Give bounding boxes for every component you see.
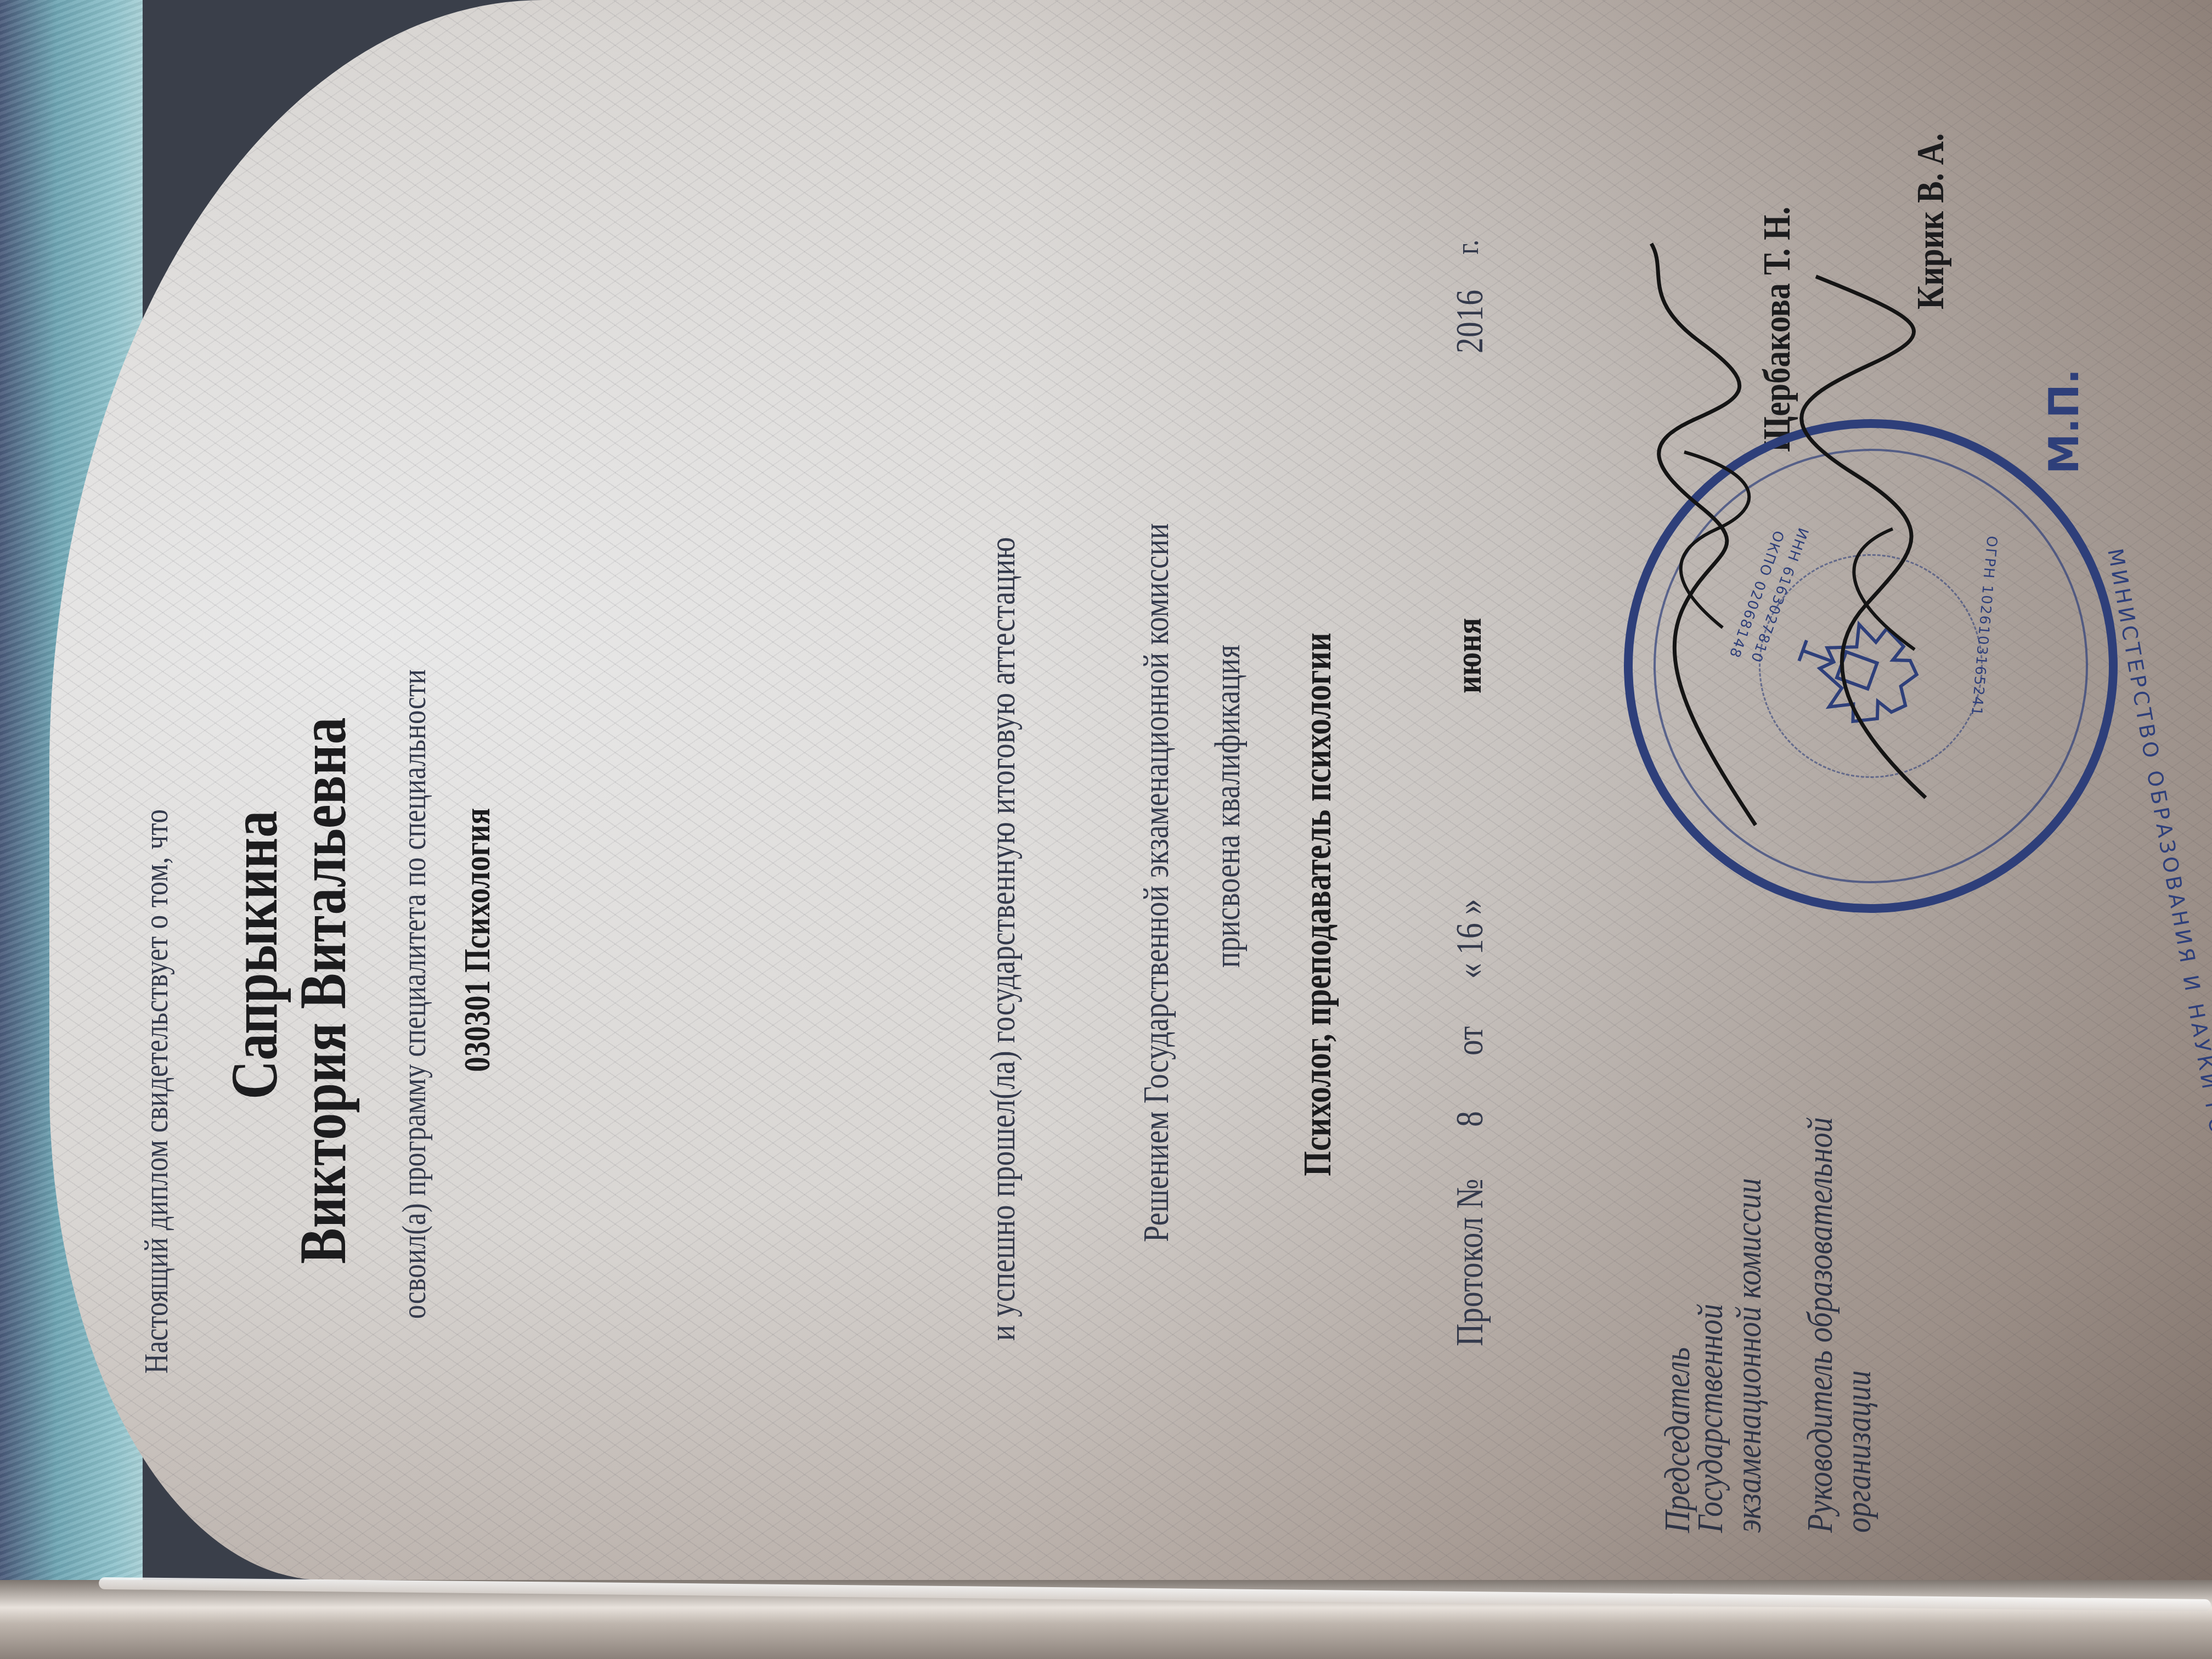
given-names: Виктория Витальевна — [285, 718, 361, 1264]
program-line: освоил(а) программу специалитета по спец… — [395, 669, 434, 1319]
official-seal-stamp: МИНИСТЕРСТВО ОБРАЗОВАНИЯ И НАУКИ РОССИЙС… — [1554, 349, 2187, 983]
rector-name: Кирик В. А. — [1909, 133, 1953, 309]
chair-name: Щербакова Т. Н. — [1756, 206, 1799, 452]
surname: Сапрыкина — [217, 810, 292, 1099]
protocol-month: июня — [1448, 618, 1490, 693]
chair-role-line-3: экзаменационной комиссии — [1728, 1178, 1770, 1533]
seal-mp-label: М.П. — [2041, 369, 2088, 474]
protocol-label: Протокол № — [1448, 1178, 1492, 1346]
chair-role-line-2: Государственной — [1690, 1304, 1731, 1533]
commission-line-2: присвоена квалификация — [1207, 645, 1249, 968]
qualification: Психолог, преподаватель психологии — [1295, 633, 1340, 1176]
commission-line-1: Решением Государственной экзаменационной… — [1136, 523, 1177, 1242]
intro-text: Настоящий диплом свидетельствует о том, … — [137, 809, 176, 1374]
protocol-year: 2016 — [1448, 290, 1492, 353]
diploma-content: Настоящий диплом свидетельствует о том, … — [0, 0, 2212, 1659]
protocol-number: 8 — [1448, 1111, 1492, 1127]
seal-outer-text: МИНИСТЕРСТВО ОБРАЗОВАНИЯ И НАУКИ РОССИЙС… — [2103, 546, 2212, 1456]
protocol-day: « 16 » — [1448, 899, 1492, 979]
rector-role-line-1: Руководитель образовательной — [1799, 1118, 1841, 1533]
attestation-line: и успешно прошел(ла) государственную ито… — [982, 537, 1024, 1341]
rector-role-line-2: организации — [1838, 1370, 1880, 1533]
protocol-year-suffix: г. — [1448, 239, 1486, 255]
protocol-from-label: от — [1448, 1026, 1492, 1056]
specialty: 030301 Психология — [455, 808, 499, 1072]
